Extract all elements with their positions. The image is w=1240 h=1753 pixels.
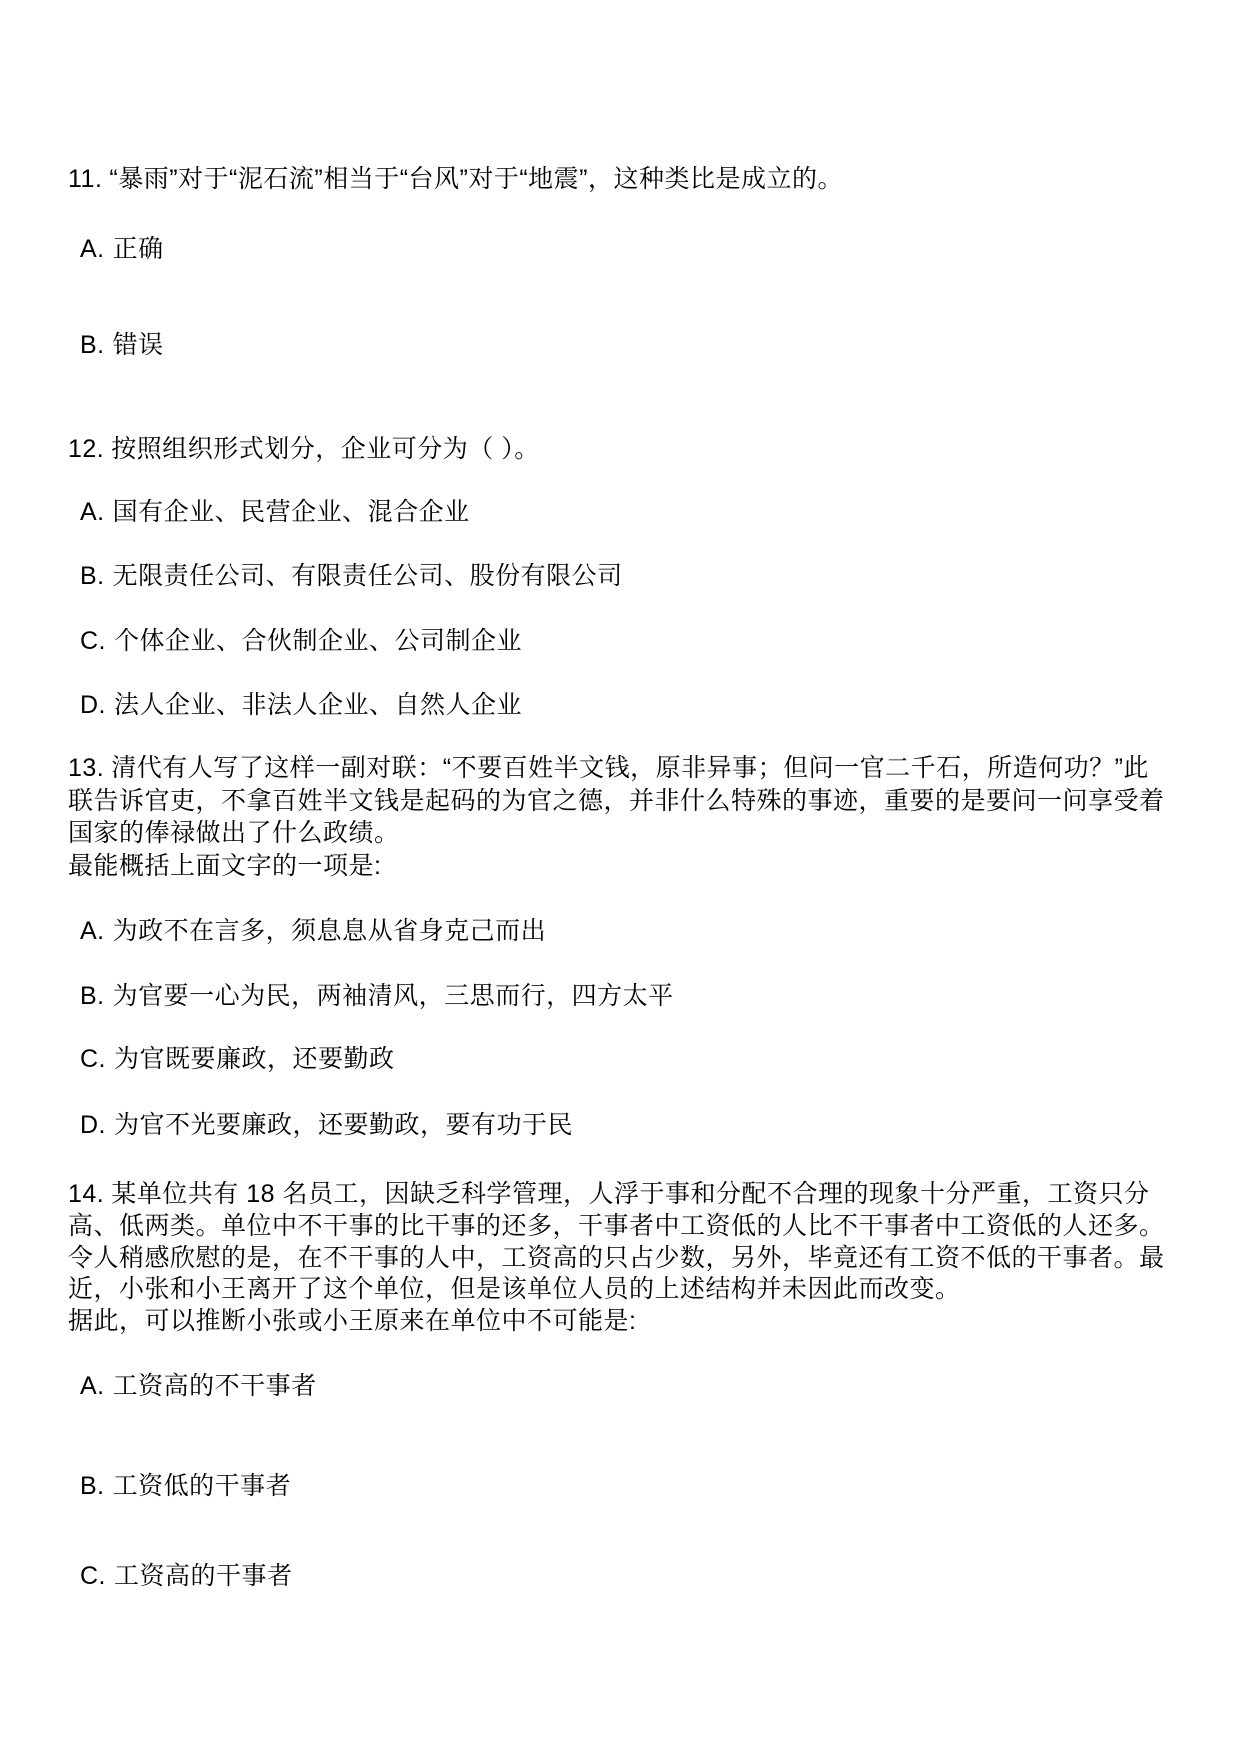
- option-label: C.: [80, 627, 106, 655]
- question-12-stem: 12.按照组织形式划分，企业可分为（ ）。: [68, 434, 540, 464]
- question-13-stem-line-4: 最能概括上面文字的一项是:: [68, 851, 381, 881]
- option-text: 为政不在言多，须息息从省身克己而出: [113, 917, 547, 945]
- option-text: 工资高的干事者: [114, 1562, 293, 1590]
- option-label: B.: [80, 562, 105, 590]
- option-text: 错误: [113, 331, 164, 359]
- option-label: A.: [80, 917, 105, 945]
- option-text: 国有企业、民营企业、混合企业: [113, 498, 470, 526]
- question-14-stem-line-1: 14.某单位共有 18 名员工，因缺乏科学管理，人浮于事和分配不合理的现象十分严…: [68, 1179, 1149, 1209]
- exam-page: 11.“暴雨”对于“泥石流”相当于“台风”对于“地震”，这种类比是成立的。 A.…: [0, 0, 1240, 1753]
- question-14-stem-line-4: 近，小张和小王离开了这个单位，但是该单位人员的上述结构并未因此而改变。: [68, 1274, 961, 1304]
- question-13-option-a: A.为政不在言多，须息息从省身克己而出: [80, 916, 546, 946]
- question-13-number: 13.: [68, 754, 104, 782]
- question-11-stem-text: “暴雨”对于“泥石流”相当于“台风”对于“地震”，这种类比是成立的。: [109, 165, 843, 193]
- option-label: C.: [80, 1562, 106, 1590]
- question-14-stem-line-5: 据此，可以推断小张或小王原来在单位中不可能是:: [68, 1306, 636, 1336]
- option-text: 为官既要廉政，还要勤政: [114, 1045, 395, 1073]
- question-12-option-d: D.法人企业、非法人企业、自然人企业: [80, 690, 522, 720]
- option-label: B.: [80, 982, 105, 1010]
- question-13-stem-line-3: 国家的俸禄做出了什么政绩。: [68, 818, 400, 848]
- option-label: D.: [80, 691, 106, 719]
- option-text: 正确: [113, 235, 164, 263]
- option-text: 工资高的不干事者: [113, 1372, 317, 1400]
- option-label: A.: [80, 1372, 105, 1400]
- option-label: B.: [80, 1472, 105, 1500]
- question-12-number: 12.: [68, 435, 104, 463]
- question-11-option-b: B.错误: [80, 330, 164, 360]
- option-label: A.: [80, 235, 105, 263]
- question-13-option-b: B.为官要一心为民，两袖清风，三思而行，四方太平: [80, 981, 674, 1011]
- question-14-option-b: B.工资低的干事者: [80, 1471, 291, 1501]
- question-14-stem-line-2: 高、低两类。单位中不干事的比干事的还多，干事者中工资低的人比不干事者中工资低的人…: [68, 1211, 1165, 1241]
- option-label: C.: [80, 1045, 106, 1073]
- question-12-option-b: B.无限责任公司、有限责任公司、股份有限公司: [80, 561, 623, 591]
- option-text: 无限责任公司、有限责任公司、股份有限公司: [113, 562, 623, 590]
- question-14-stem-line-3: 令人稍感欣慰的是，在不干事的人中，工资高的只占少数，另外，毕竟还有工资不低的干事…: [68, 1243, 1165, 1273]
- question-13-stem-line-2: 联告诉官吏，不拿百姓半文钱是起码的为官之德，并非什么特殊的事迹，重要的是要问一问…: [68, 786, 1165, 816]
- option-text: 法人企业、非法人企业、自然人企业: [114, 691, 522, 719]
- question-12-option-a: A.国有企业、民营企业、混合企业: [80, 497, 470, 527]
- question-14-option-c: C.工资高的干事者: [80, 1561, 293, 1591]
- option-label: A.: [80, 498, 105, 526]
- question-11-number: 11.: [68, 165, 102, 193]
- question-13-stem-text: 清代有人写了这样一副对联：“不要百姓半文钱，原非异事；但问一官二千石，所造何功？…: [111, 754, 1149, 782]
- question-14-option-a: A.工资高的不干事者: [80, 1371, 317, 1401]
- option-label: B.: [80, 331, 105, 359]
- question-12-option-c: C.个体企业、合伙制企业、公司制企业: [80, 626, 522, 656]
- option-text: 个体企业、合伙制企业、公司制企业: [114, 627, 522, 655]
- question-12-stem-text: 按照组织形式划分，企业可分为（ ）。: [111, 435, 539, 463]
- question-14-stem-text: 某单位共有 18 名员工，因缺乏科学管理，人浮于事和分配不合理的现象十分严重，工…: [111, 1180, 1149, 1208]
- option-text: 为官不光要廉政，还要勤政，要有功于民: [114, 1111, 573, 1139]
- question-11-stem: 11.“暴雨”对于“泥石流”相当于“台风”对于“地震”，这种类比是成立的。: [68, 164, 843, 194]
- question-13-option-d: D.为官不光要廉政，还要勤政，要有功于民: [80, 1110, 573, 1140]
- question-11-option-a: A.正确: [80, 234, 164, 264]
- option-text: 工资低的干事者: [113, 1472, 292, 1500]
- option-label: D.: [80, 1111, 106, 1139]
- question-13-stem-line-1: 13.清代有人写了这样一副对联：“不要百姓半文钱，原非异事；但问一官二千石，所造…: [68, 753, 1149, 783]
- question-13-option-c: C.为官既要廉政，还要勤政: [80, 1044, 395, 1074]
- question-14-number: 14.: [68, 1180, 104, 1208]
- option-text: 为官要一心为民，两袖清风，三思而行，四方太平: [113, 982, 674, 1010]
